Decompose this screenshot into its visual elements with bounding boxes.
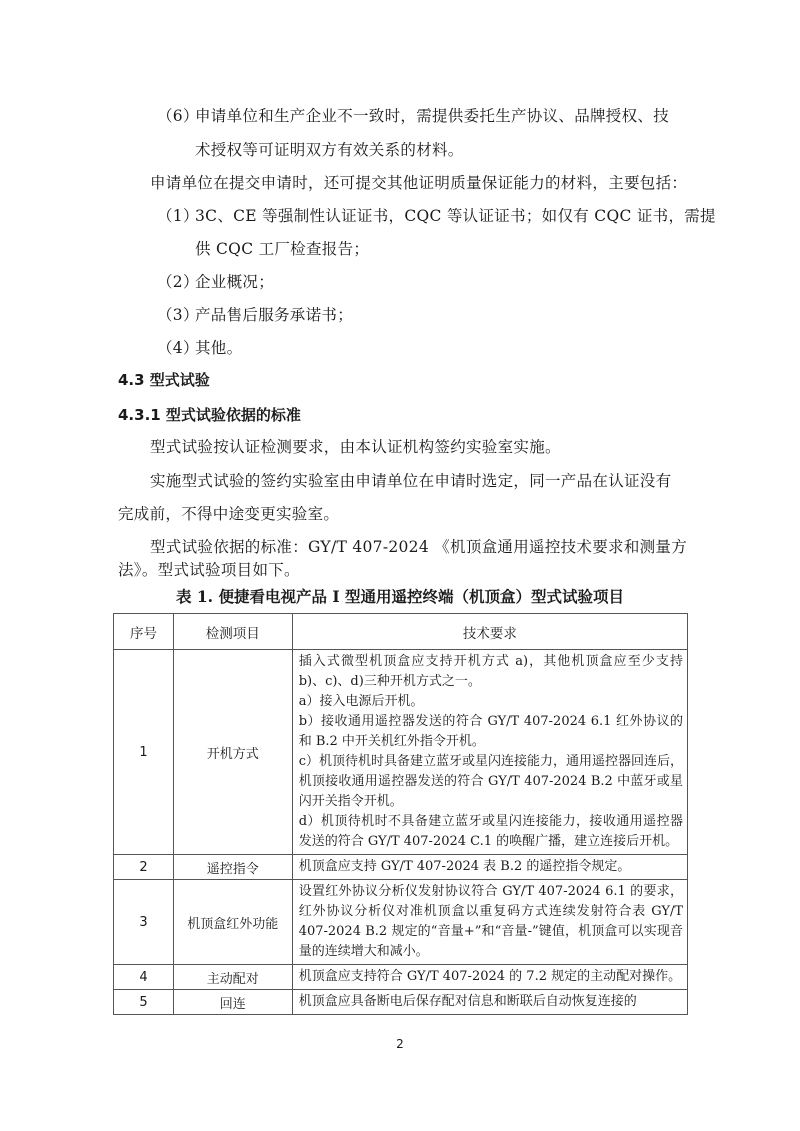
paragraph-line: 完成前，不得中途变更实验室。 [118,502,339,524]
requirement-line: a）接入电源后开机。 [299,692,683,712]
paragraph-line: 术授权等可证明双方有效关系的材料。 [195,138,464,160]
subsection-heading: 4.3.1 型式试验依据的标准 [118,404,301,425]
row-item: 机顶盒红外功能 [173,880,292,965]
table-header-row: 序号 检测项目 技术要求 [114,614,688,650]
list-label: （4） [157,336,199,358]
list-item-text: 产品售后服务承诺书； [195,303,353,325]
list-label: （6） [157,104,199,126]
header-no: 序号 [114,614,174,650]
row-item: 主动配对 [173,965,292,990]
requirement-line: b）接收通用遥控器发送的符合 GY/T 407-2024 6.1 红外协议的和 … [299,712,683,752]
paragraph-line: 实施型式试验的签约实验室由申请单位在申请时选定，同一产品在认证没有 [150,469,671,491]
table-row: 4 主动配对 机顶盒应支持符合 GY/T 407-2024 的 7.2 规定的主… [114,965,688,990]
paragraph-line: 型式试验按认证检测要求，由本认证机构签约实验室实施。 [150,435,561,457]
table-row: 5 回连 机顶盒应具备断电后保存配对信息和断联后自动恢复连接的 [114,990,688,1015]
page-number: 2 [0,1037,800,1051]
row-no: 4 [114,965,174,990]
header-requirement: 技术要求 [292,614,687,650]
paragraph-line: 法》。型式试验项目如下。 [118,558,300,580]
table-row: 1 开机方式 插入式微型机顶盒应支持开机方式 a)，其他机顶盒应至少支持 b)、… [114,650,688,855]
row-requirement: 插入式微型机顶盒应支持开机方式 a)，其他机顶盒应至少支持 b)、c)、d)三种… [292,650,687,855]
row-requirement: 机顶盒应具备断电后保存配对信息和断联后自动恢复连接的 [292,990,687,1015]
row-requirement: 机顶盒应支持符合 GY/T 407-2024 的 7.2 规定的主动配对操作。 [292,965,687,990]
paragraph-line: 申请单位和生产企业不一致时，需提供委托生产协议、品牌授权、技 [195,104,669,126]
list-item-text: 企业概况； [195,270,274,292]
header-item: 检测项目 [173,614,292,650]
list-item-text: 3C、CE 等强制性认证证书，CQC 等认证证书；如仅有 CQC 证书，需提 [195,204,716,226]
section-heading: 4.3 型式试验 [118,369,210,390]
requirement-line: c）机顶待机时具备建立蓝牙或星闪连接能力，通用遥控器回连后，机顶接收通用遥控器发… [299,752,683,812]
table-row: 2 遥控指令 机顶盒应支持 GY/T 407-2024 表 B.2 的遥控指令规… [114,855,688,880]
requirement-line: 插入式微型机顶盒应支持开机方式 a)，其他机顶盒应至少支持 b)、c)、d)三种… [299,652,683,692]
requirement-line: d）机顶待机时不具备建立蓝牙或星闪连接能力，接收通用遥控器发送的符合 GY/T … [299,812,683,852]
list-item-text: 供 CQC 工厂检查报告； [195,237,369,259]
row-requirement: 设置红外协议分析仪发射协议符合 GY/T 407-2024 6.1 的要求，红外… [292,880,687,965]
paragraph-line: 型式试验依据的标准：GY/T 407-2024 《机顶盒通用遥控技术要求和测量方 [150,535,687,557]
paragraph-intro: 申请单位在提交申请时，还可提交其他证明质量保证能力的材料，主要包括： [150,171,687,193]
list-label: （2） [157,270,199,292]
list-item-text: 其他。 [195,336,242,358]
row-item: 遥控指令 [173,855,292,880]
row-no: 2 [114,855,174,880]
row-no: 5 [114,990,174,1015]
list-label: （3） [157,303,199,325]
table-caption: 表 1. 便捷看电视产品 I 型通用遥控终端（机顶盒）型式试验项目 [0,585,800,607]
row-no: 3 [114,880,174,965]
row-item: 回连 [173,990,292,1015]
row-requirement: 机顶盒应支持 GY/T 407-2024 表 B.2 的遥控指令规定。 [292,855,687,880]
row-item: 开机方式 [173,650,292,855]
table-row: 3 机顶盒红外功能 设置红外协议分析仪发射协议符合 GY/T 407-2024 … [114,880,688,965]
list-label: （1） [157,204,199,226]
row-no: 1 [114,650,174,855]
test-items-table: 序号 检测项目 技术要求 1 开机方式 插入式微型机顶盒应支持开机方式 a)，其… [113,613,688,1015]
